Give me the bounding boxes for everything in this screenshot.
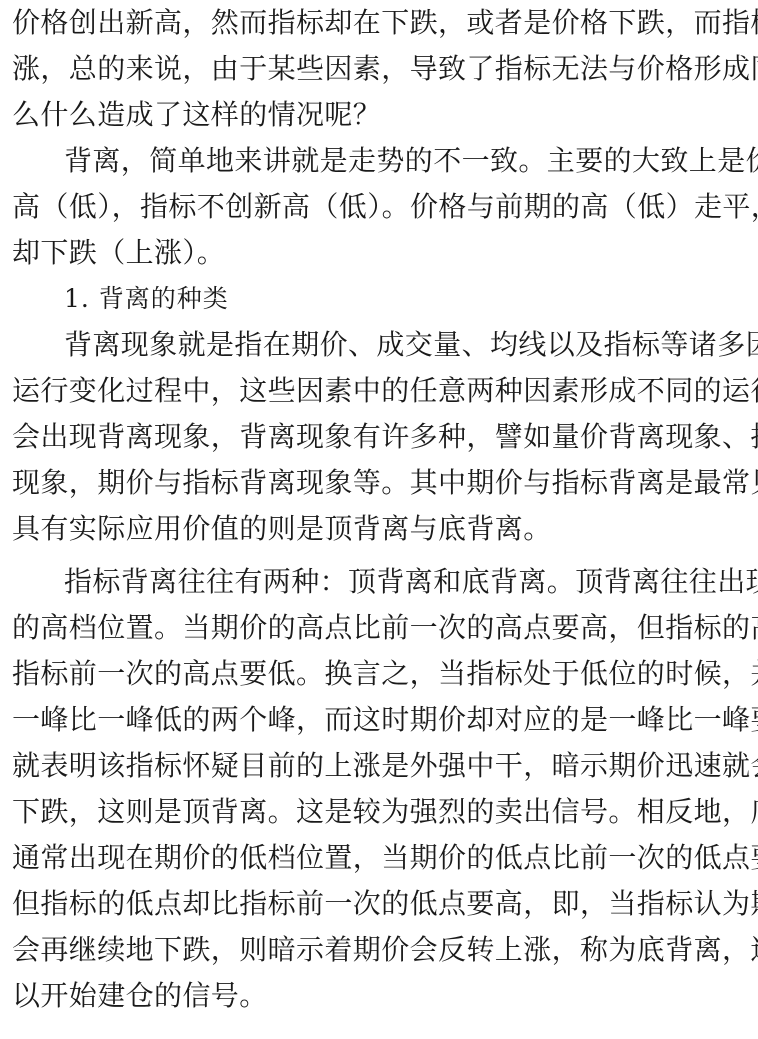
text-line: 但指标的低点却比指标前一次的低点要高，即，当指标认为期价不 <box>12 887 745 921</box>
text-line: 会再继续地下跌，则暗示着期价会反转上涨，称为底背离，这是可 <box>12 933 745 967</box>
text-line: 涨，总的来说，由于某些因素，导致了指标无法与价格形成同步。那 <box>12 52 745 86</box>
text-line: 通常出现在期价的低档位置，当期价的低点比前一次的低点要低， <box>12 841 745 875</box>
paragraph-first-line: 背离现象就是指在期价、成交量、均线以及指标等诸多因素不断 <box>64 328 745 362</box>
text-line: 会出现背离现象，背离现象有许多种，譬如量价背离现象、指标背离 <box>12 420 745 454</box>
text-line: 一峰比一峰低的两个峰，而这时期价却对应的是一峰比一峰要高， <box>12 703 745 737</box>
text-line: 下跌，这则是顶背离。这是较为强烈的卖出信号。相反地，底背离 <box>12 795 745 829</box>
section-heading: 1. 背离的种类 <box>64 282 229 316</box>
paragraph-first-line: 指标背离往往有两种：顶背离和底背离。顶背离往往出现在期价 <box>64 565 745 599</box>
text-line: 以开始建仓的信号。 <box>12 979 268 1013</box>
text-line: 现象，期价与指标背离现象等。其中期价与指标背离是最常见的，而 <box>12 466 745 500</box>
paragraph-first-line: 背离，简单地来讲就是走势的不一致。主要的大致上是价格创新 <box>64 144 745 178</box>
text-line: 具有实际应用价值的则是顶背离与底背离。 <box>12 512 552 546</box>
text-line: 高（低），指标不创新高（低）。价格与前期的高（低）走平，而指标 <box>12 190 745 224</box>
text-line: 价格创出新高，然而指标却在下跌，或者是价格下跌，而指标却在上 <box>12 6 745 40</box>
text-line: 就表明该指标怀疑目前的上涨是外强中干，暗示期价迅速就会反转 <box>12 749 745 783</box>
text-line: 运行变化过程中，这些因素中的任意两种因素形成不同的运行方向就 <box>12 374 745 408</box>
text-line: 的高档位置。当期价的高点比前一次的高点要高，但指标的高点却比 <box>12 611 745 645</box>
text-line: 指标前一次的高点要低。换言之，当指标处于低位的时候，并且形成 <box>12 657 745 691</box>
text-line: 却下跌（上涨）。 <box>12 236 225 270</box>
text-line: 么什么造成了这样的情况呢？ <box>12 98 381 132</box>
